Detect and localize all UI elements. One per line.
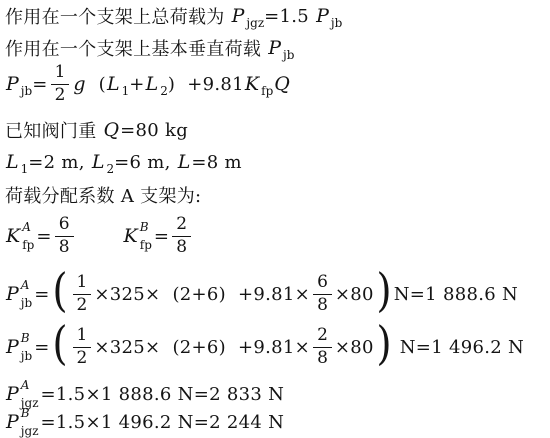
fraction: 12 <box>73 327 92 368</box>
script-stack: Afp <box>22 221 34 251</box>
text-run: =8 m <box>191 152 242 173</box>
text-run: = <box>36 226 51 247</box>
math-variable: L <box>5 151 20 173</box>
denominator: 8 <box>176 237 187 257</box>
math-var-with-subscript: L2 <box>145 73 168 95</box>
line-pjb-B-calculation: PBjb=(12×325× (2+6) +9.81×28×80) N=1 496… <box>5 320 524 374</box>
scanned-math-document: 作用在一个支架上总荷载为 Pjgz=1.5 Pjb作用在一个支架上基本垂直荷载 … <box>0 0 550 438</box>
line-distribution-coefficient-caption: 荷载分配系数 A 支架为: <box>5 182 201 208</box>
fraction: 28 <box>172 216 191 257</box>
math-variable: L <box>145 73 160 95</box>
math-variable: P <box>267 37 282 59</box>
numerator: 1 <box>51 64 70 85</box>
denominator: 2 <box>77 348 88 368</box>
math-variable: P <box>231 5 246 27</box>
numerator: 1 <box>73 274 92 295</box>
fraction: 68 <box>313 274 332 315</box>
subscript: 1 <box>122 84 130 98</box>
script-stack: Bjgz <box>21 407 39 437</box>
math-variable: K <box>123 225 139 247</box>
text-run: 作用在一个支架上总荷载为 <box>5 3 231 29</box>
superscript: B <box>140 221 152 233</box>
math-var-with-supsub: KBfp <box>123 221 154 251</box>
right-paren: ) <box>376 271 391 316</box>
left-paren: ( <box>52 324 67 369</box>
script-stack: Bjb <box>21 332 32 362</box>
right-paren: ) <box>376 324 391 369</box>
subscript: fp <box>261 84 273 98</box>
superscript: B <box>21 407 39 419</box>
math-variable: Q <box>273 73 291 95</box>
math-var-with-subscript: L1 <box>5 151 28 173</box>
math-var-with-subscript: Pjb <box>315 5 342 27</box>
denominator: 8 <box>317 348 328 368</box>
math-variable: L <box>177 151 192 173</box>
fraction: 12 <box>51 64 70 105</box>
line-valve-weight: 已知阀门重 Q=80 kg <box>5 117 188 143</box>
math-var-with-supsub: PAjb <box>5 279 34 309</box>
script-stack: Bfp <box>140 221 152 251</box>
left-paren: ( <box>52 271 67 316</box>
line-kfp-values: KAfp=68KBfp=28 <box>5 212 194 260</box>
denominator: 2 <box>55 85 66 105</box>
text-run: 已知阀门重 <box>5 117 103 143</box>
math-var-with-subscript: Pjgz <box>231 5 265 27</box>
math-var-with-supsub: PBjgz <box>5 407 41 437</box>
math-variable: P <box>5 73 20 95</box>
text-run: ( <box>87 74 106 95</box>
line-span-lengths: L1=2 m, L2=6 m, L=8 m <box>5 149 242 175</box>
text-run: N=1 496.2 N <box>394 337 524 358</box>
math-var-with-supsub: PBjb <box>5 332 34 362</box>
text-run: + <box>129 74 144 95</box>
math-var-with-subscript: L2 <box>91 151 114 173</box>
math-var-with-subscript: Pjb <box>267 37 294 59</box>
text-run: ) +9.81 <box>168 74 244 95</box>
superscript: A <box>21 279 32 291</box>
numerator: 2 <box>313 327 332 348</box>
subscript: jb <box>331 16 342 30</box>
superscript: A <box>22 221 34 233</box>
numerator: 6 <box>55 216 74 237</box>
line-basic-vertical-load-statement: 作用在一个支架上基本垂直荷载 Pjb <box>5 35 294 61</box>
text-run: ×80 <box>335 284 374 305</box>
line-total-load-statement: 作用在一个支架上总荷载为 Pjgz=1.5 Pjb <box>5 3 342 29</box>
text-run: =2 m, <box>28 152 91 173</box>
text-run: = <box>34 284 49 305</box>
subscript: 1 <box>21 162 29 176</box>
text-run: N=1 888.6 N <box>394 284 518 305</box>
fraction: 12 <box>73 274 92 315</box>
math-variable: K <box>5 225 21 247</box>
math-var-with-supsub: KAfp <box>5 221 36 251</box>
subscript: fp <box>22 239 34 251</box>
text-run: 作用在一个支架上基本垂直荷载 <box>5 35 267 61</box>
text-run: ×325× (2+6) +9.81× <box>94 284 310 305</box>
denominator: 8 <box>317 295 328 315</box>
line-pjgz-B-calculation: PBjgz=1.5×1 496.2 N=2 244 N <box>5 405 284 438</box>
denominator: 2 <box>77 295 88 315</box>
math-variable: P <box>315 5 330 27</box>
superscript: B <box>21 332 32 344</box>
math-variable: P <box>5 283 20 305</box>
subscript: 2 <box>160 84 168 98</box>
text-run: = <box>154 226 169 247</box>
math-variable: g <box>72 73 86 95</box>
line-pjb-A-calculation: PAjb=(12×325× (2+6) +9.81×68×80)N=1 888.… <box>5 267 518 321</box>
superscript: A <box>21 379 39 391</box>
math-var-with-subscript: L1 <box>106 73 129 95</box>
fraction: 28 <box>313 327 332 368</box>
text-run: = <box>34 337 49 358</box>
subscript: jgz <box>246 16 264 30</box>
numerator: 2 <box>172 216 191 237</box>
fraction: 68 <box>55 216 74 257</box>
script-stack: Ajb <box>21 279 32 309</box>
subscript: jb <box>21 84 32 98</box>
text-run: =1.5×1 888.6 N=2 833 N <box>41 384 285 405</box>
subscript: jb <box>21 297 32 309</box>
math-variable: P <box>5 383 20 405</box>
denominator: 8 <box>59 237 70 257</box>
math-variable: L <box>91 151 106 173</box>
math-variable: K <box>244 73 260 95</box>
subscript: 2 <box>106 162 114 176</box>
text-run: =1.5×1 496.2 N=2 244 N <box>41 412 285 433</box>
text-run: = <box>32 74 47 95</box>
math-variable: Q <box>103 119 121 141</box>
text-run: 荷载分配系数 A 支架为: <box>5 182 201 208</box>
subscript: jb <box>21 350 32 362</box>
text-run: =80 kg <box>120 120 188 141</box>
text-run: =6 m, <box>114 152 177 173</box>
math-var-with-subscript: Pjb <box>5 73 32 95</box>
math-variable: P <box>5 411 20 433</box>
line-pjb-formula: Pjb=12g (L1+L2) +9.81KfpQ <box>5 60 291 108</box>
math-var-with-subscript: Kfp <box>244 73 273 95</box>
math-variable: L <box>106 73 121 95</box>
numerator: 6 <box>313 274 332 295</box>
text-run: =1.5 <box>264 6 315 27</box>
text-run: ×80 <box>335 337 374 358</box>
math-variable: P <box>5 336 20 358</box>
text-run: ×325× (2+6) +9.81× <box>94 337 310 358</box>
subscript: jgz <box>21 425 39 437</box>
numerator: 1 <box>73 327 92 348</box>
subscript: fp <box>140 239 152 251</box>
